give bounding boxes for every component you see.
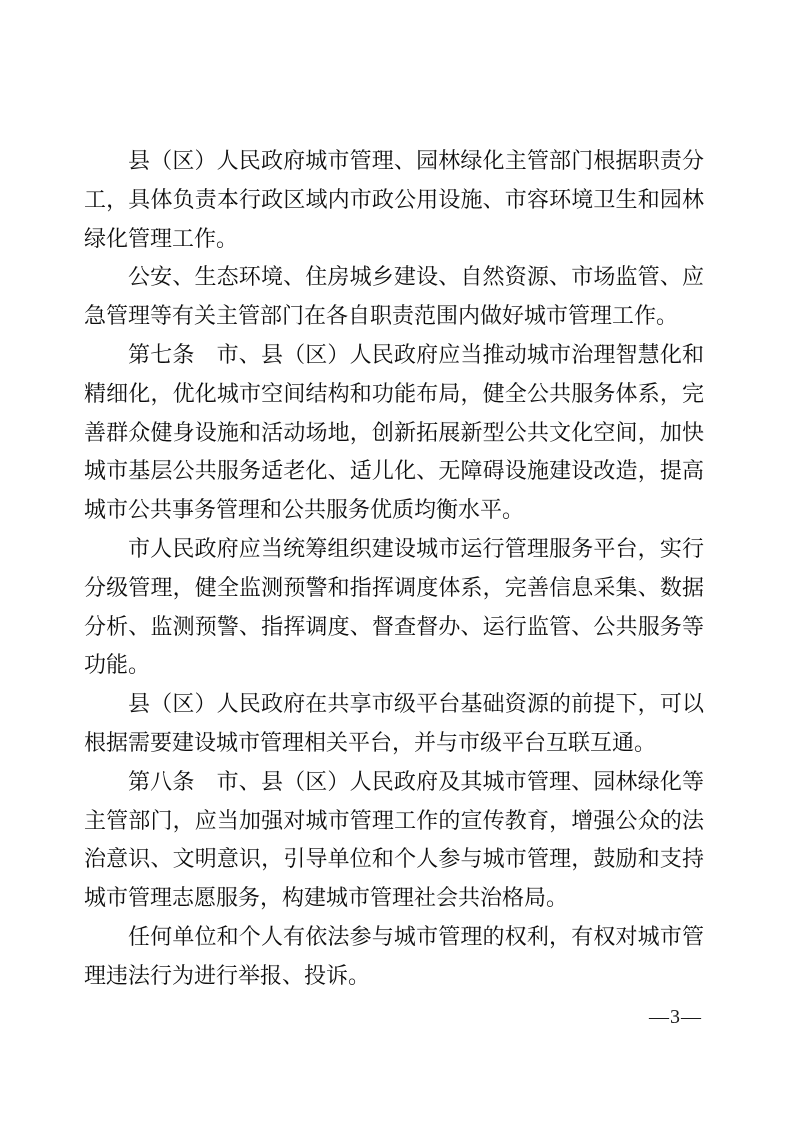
paragraph-county-duties: 县（区）人民政府城市管理、园林绿化主管部门根据职责分工，具体负责本行政区域内市政…	[84, 142, 704, 258]
paragraph-article-7: 第七条 市、县（区）人民政府应当推动城市治理智慧化和精细化，优化城市空间结构和功…	[84, 336, 704, 530]
paragraph-city-platform: 市人民政府应当统筹组织建设城市运行管理服务平台，实行分级管理，健全监测预警和指挥…	[84, 530, 704, 685]
document-body: 县（区）人民政府城市管理、园林绿化主管部门根据职责分工，具体负责本行政区域内市政…	[84, 142, 704, 996]
paragraph-related-departments: 公安、生态环境、住房城乡建设、自然资源、市场监管、应急管理等有关主管部门在各自职…	[84, 258, 704, 336]
paragraph-article-8: 第八条 市、县（区）人民政府及其城市管理、园林绿化等主管部门，应当加强对城市管理…	[84, 763, 704, 918]
paragraph-public-participation: 任何单位和个人有依法参与城市管理的权利，有权对城市管理违法行为进行举报、投诉。	[84, 918, 704, 996]
page-number: —3—	[649, 1004, 702, 1030]
document-page: 县（区）人民政府城市管理、园林绿化主管部门根据职责分工，具体负责本行政区域内市政…	[0, 0, 800, 1132]
paragraph-county-platform: 县（区）人民政府在共享市级平台基础资源的前提下，可以根据需要建设城市管理相关平台…	[84, 685, 704, 763]
